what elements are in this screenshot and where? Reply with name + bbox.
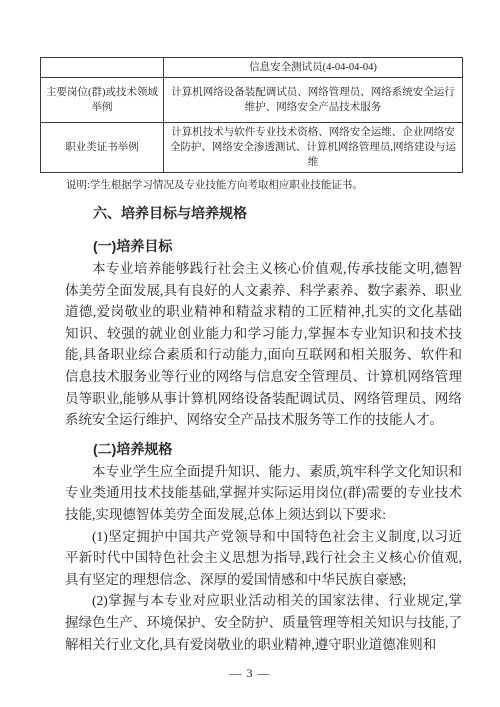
table-cell-occupation-code: 信息安全测试员(4-04-04-04) (164, 58, 463, 78)
table-cell-label-certificates: 职业类证书举例 (41, 123, 164, 173)
table-cell-certificates: 计算机技术与软件专业技术资格、网络安全运维、企业网络安全防护、网络安全渗透测试、… (164, 123, 463, 173)
specification-item-2: (2)掌握与本专业对应职业活动相关的国家法律、行业规定,掌握绿色生产、环境保护、… (65, 590, 462, 655)
objectives-paragraph: 本专业培养能够践行社会主义核心价值观,传承技能文明,德智体美劳全面发展,具有良好… (65, 258, 462, 431)
table-row: 职业类证书举例 计算机技术与软件专业技术资格、网络安全运维、企业网络安全防护、网… (41, 123, 463, 173)
table-note: 说明:学生根据学习情况及专业技能方向考取相应职业技能证书。 (66, 179, 464, 193)
table-cell-label-empty (41, 58, 164, 78)
specification-item-1: (1)坚定拥护中国共产党领导和中国特色社会主义制度,以习近平新时代中国特色社会主… (65, 526, 462, 591)
table-cell-positions: 计算机网络设备装配调试员、网络管理员、网络系统安全运行维护、网络安全产品技术服务 (164, 78, 463, 123)
occupation-table: 信息安全测试员(4-04-04-04) 主要岗位(群)或技术领域举例 计算机网络… (40, 57, 463, 173)
table-cell-label-positions: 主要岗位(群)或技术领域举例 (41, 78, 164, 123)
specifications-intro-paragraph: 本专业学生应全面提升知识、能力、素质,筑牢科学文化知识和专业类通用技术技能基础,… (65, 461, 462, 526)
section-heading: 六、培养目标与培养规格 (65, 204, 462, 222)
subsection-heading-specifications: (二)培养规格 (65, 440, 462, 458)
table-row: 信息安全测试员(4-04-04-04) (41, 58, 463, 78)
document-page: 信息安全测试员(4-04-04-04) 主要岗位(群)或技术领域举例 计算机网络… (0, 0, 500, 707)
table-row: 主要岗位(群)或技术领域举例 计算机网络设备装配调试员、网络管理员、网络系统安全… (41, 78, 463, 123)
page-number: — 3 — (0, 666, 500, 681)
subsection-heading-objectives: (一)培养目标 (65, 237, 462, 255)
